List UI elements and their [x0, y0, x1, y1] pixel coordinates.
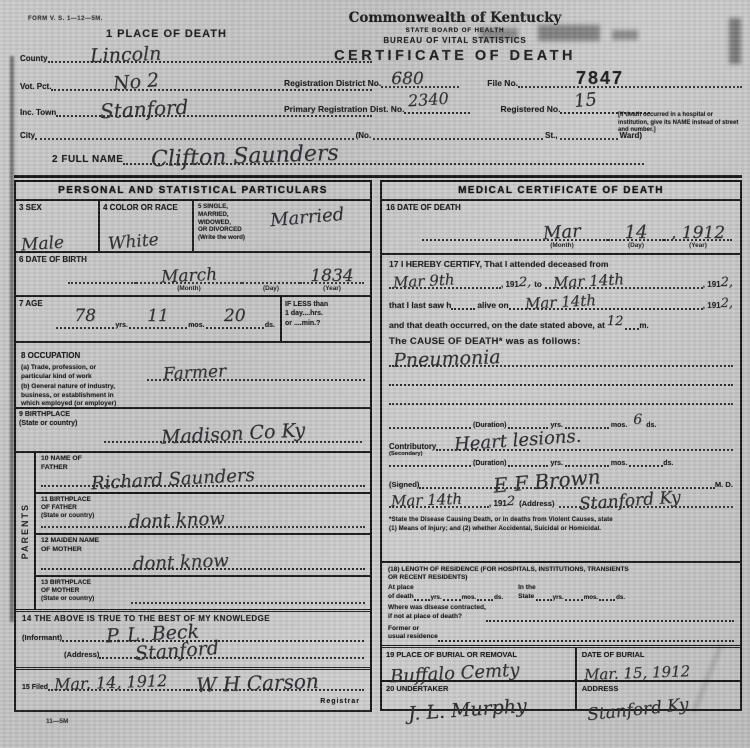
- dotted-line: [443, 594, 461, 601]
- primary-reg-value: 2340: [408, 91, 450, 110]
- day-sublabel: (Day): [628, 242, 644, 249]
- undertaker-signature: J. L. Murphy: [407, 697, 527, 724]
- scan-artifact: [612, 30, 638, 40]
- filed-date-value: Mar. 14, 1912: [54, 673, 168, 693]
- attended-from-year-digit: 2,: [519, 276, 531, 289]
- attended-to-value: Mar 14th: [552, 272, 624, 291]
- dotted-line: [486, 614, 734, 622]
- dod-line: Mar (Month) 14 (Day) , 1912 (Year): [422, 225, 732, 249]
- county-label: County: [20, 54, 48, 63]
- father-name-label: 10 NAME OF FATHER: [41, 455, 82, 473]
- bureau-label: BUREAU OF VITAL STATISTICS: [300, 36, 610, 45]
- cause-footnote: *State the Disease Causing Death, or in …: [389, 516, 733, 533]
- duration-label: (Duration): [473, 460, 506, 467]
- dod-year-value: , 1912: [671, 225, 725, 242]
- dotted-line: [389, 421, 471, 429]
- dotted-line: [625, 322, 639, 330]
- registrar-signature: W H Carson: [196, 671, 319, 695]
- form-number: FORM V. S. 1—12—5M.: [28, 16, 103, 22]
- sex-cell: 3 SEX Male: [16, 201, 100, 251]
- where-contracted-label: Where was disease contracted, if not at …: [388, 604, 486, 621]
- dod-month-segment: Mar (Month): [516, 225, 608, 249]
- dotted-line: Clifton Saunders: [123, 148, 644, 165]
- residence-title: (18) LENGTH OF RESIDENCE (FOR HOSPITALS,…: [388, 566, 734, 582]
- birthplace-row: 9 BIRTHPLACE (State or country) Madison …: [16, 407, 370, 451]
- dotted-line: 7847: [518, 74, 742, 88]
- ds-unit: ds.: [616, 594, 625, 601]
- blank-rule-line: [389, 380, 733, 386]
- dob-month-value: March: [161, 267, 218, 287]
- dotted-line: [422, 225, 516, 249]
- dotted-line: 11: [129, 313, 187, 329]
- dotted-line: [68, 268, 136, 292]
- state-board-label: STATE BOARD OF HEALTH: [300, 27, 610, 34]
- signed-year-digit: 2: [507, 495, 515, 508]
- mother-birthplace-row: 13 BIRTHPLACE OF MOTHER (State or countr…: [36, 577, 370, 609]
- primary-reg-label: Primary Registration Dist. No.: [284, 104, 404, 114]
- death-hour-value: 12: [607, 315, 624, 328]
- yrs-unit: yrs.: [431, 594, 442, 601]
- race-cell: 4 COLOR OR RACE White: [100, 201, 194, 251]
- attended-dates-line: Mar 9th , 191 2, to Mar 14th , 191 2,: [389, 275, 733, 289]
- registration-line: Registration District No. 680 File No. 7…: [284, 74, 742, 88]
- dotted-line: Farmer: [147, 367, 365, 381]
- burial-row: 19 PLACE OF BURIAL OR REMOVAL Buffalo Ce…: [382, 648, 740, 682]
- city-no-label: (No.: [356, 131, 372, 140]
- parents-block: PARENTS 10 NAME OF FATHER Richard Saunde…: [16, 451, 370, 609]
- medical-section-title: MEDICAL CERTIFICATE OF DEATH: [382, 182, 740, 201]
- if-less-note: IF LESS than 1 day....hrs. or ....min.?: [282, 297, 370, 331]
- dotted-line: [560, 128, 618, 140]
- father-name-value: Richard Saunders: [91, 467, 256, 494]
- mos-unit: mos.: [611, 422, 627, 429]
- file-no-label: File No.: [487, 78, 518, 88]
- ds-unit: ds.: [663, 460, 673, 467]
- year-prefix: , 191: [501, 280, 519, 289]
- father-name-row: 10 NAME OF FATHER Richard Saunders: [36, 453, 370, 494]
- occupation-a-line: (a) Trade, profession, or particular kin…: [21, 364, 365, 381]
- mother-birthplace-label: 13 BIRTHPLACE OF MOTHER (State or countr…: [41, 579, 94, 603]
- father-birthplace-row: 11 BIRTHPLACE OF FATHER (State or countr…: [36, 494, 370, 535]
- ds-unit: ds.: [265, 322, 275, 329]
- occupation-b-label: (b) General nature of industry, business…: [21, 383, 173, 409]
- residence-durations-line: At place of death yrs. mos. ds. In the S…: [388, 584, 734, 601]
- attended-from-value: Mar 9th: [393, 272, 455, 290]
- age-months-value: 11: [147, 308, 169, 325]
- dod-day-value: 14: [625, 224, 648, 242]
- physician-signature: E F Brown: [493, 466, 602, 495]
- mother-name-label: 12 MAIDEN NAME OF MOTHER: [41, 537, 99, 555]
- last-saw-pre: that I last saw h: [389, 300, 451, 310]
- contributory-label-stack: Contributory (Secondary): [389, 442, 436, 457]
- city-label: City: [20, 131, 35, 140]
- age-label-cell: 7 AGE: [16, 297, 56, 341]
- death-at-pre: and that death occurred, on the date sta…: [389, 320, 605, 330]
- burial-date-label: DATE OF BURIAL: [582, 650, 645, 659]
- last-saw-date-value: Mar 14th: [524, 293, 596, 312]
- undertaker-address-cell: ADDRESS Stanford Ky: [577, 682, 740, 711]
- county-value: Lincoln: [89, 45, 161, 66]
- cause-duration-days-value: 6: [633, 413, 642, 427]
- mos-unit: mos.: [188, 322, 204, 329]
- undertaker-address-label: ADDRESS: [582, 684, 619, 693]
- undertaker-row: 20 UNDERTAKER J. L. Murphy ADDRESS Stanf…: [382, 682, 740, 711]
- dotted-line: [389, 459, 471, 467]
- medical-section: MEDICAL CERTIFICATE OF DEATH 16 DATE OF …: [380, 180, 742, 711]
- full-name-label: 2 FULL NAME: [52, 154, 123, 165]
- mos-unit: mos.: [611, 460, 627, 467]
- death-certificate-scan: FORM V. S. 1—12—5M. 1 PLACE OF DEATH Cou…: [0, 0, 750, 748]
- filed-line: 15 Filed Mar. 14, 1912 W H Carson: [22, 676, 364, 691]
- dotted-line: Mar 14th: [509, 296, 703, 310]
- sex-label: 3 SEX: [19, 203, 42, 212]
- yrs-unit: yrs.: [550, 460, 562, 467]
- vot-pct-value: No 2: [113, 71, 161, 94]
- dotted-line: W H Carson: [188, 676, 364, 691]
- cause-of-death-value: Pneumonia: [393, 348, 501, 371]
- birthplace-label: 9 BIRTHPLACE (State or country): [19, 411, 77, 429]
- dotted-line: [451, 300, 475, 310]
- occupation-label: 8 OCCUPATION: [21, 351, 80, 360]
- dotted-line: [131, 594, 365, 604]
- dob-year-value: 1834: [310, 268, 353, 285]
- md-label: M. D.: [715, 480, 733, 489]
- death-at-post: m.: [639, 321, 648, 330]
- undertaker-label: 20 UNDERTAKER: [386, 684, 448, 693]
- dotted-line: Madison Co Ky: [104, 427, 362, 443]
- marital-label: 5 SINGLE, MARRIED, WIDOWED, OR DIVORCED …: [198, 203, 245, 242]
- masthead: Commonwealth of Kentucky STATE BOARD OF …: [300, 10, 610, 64]
- dod-month-value: Mar: [543, 223, 582, 244]
- filed-row: 15 Filed Mar. 14, 1912 W H Carson Regist…: [16, 667, 370, 707]
- dob-line: March (Month) (Day) 1834 (Year): [68, 268, 364, 292]
- occupation-a-label: (a) Trade, profession, or particular kin…: [21, 364, 147, 381]
- signed-date-line: Mar 14th , 191 2 (Address) Stanford Ky: [389, 493, 733, 508]
- registrar-label: Registrar: [320, 698, 360, 705]
- dotted-line: [438, 634, 734, 642]
- certify-line: 17 I HEREBY CERTIFY, That I attended dec…: [389, 259, 733, 269]
- yrs-unit: yrs.: [115, 322, 127, 329]
- dob-day-segment: (Day): [242, 268, 300, 292]
- certification-block: 17 I HEREBY CERTIFY, That I attended dec…: [382, 253, 740, 561]
- cause-line: Pneumonia: [389, 349, 733, 367]
- year-sublabel: (Year): [323, 285, 341, 292]
- dotted-line: Richard Saunders: [41, 473, 365, 487]
- burial-place-cell: 19 PLACE OF BURIAL OR REMOVAL Buffalo Ce…: [382, 648, 577, 680]
- filed-label: 15 Filed: [22, 684, 48, 691]
- in-state-label: In the State: [518, 584, 536, 601]
- dotted-line: 2340: [404, 100, 470, 114]
- age-row: 7 AGE 78 yrs. 11 mos. 20 ds. IF LESS tha…: [16, 295, 370, 341]
- parents-rows: 10 NAME OF FATHER Richard Saunders 11 BI…: [36, 453, 370, 609]
- dotted-line: Mar. 14, 1912: [48, 676, 188, 691]
- dotted-line: Stanford: [99, 645, 364, 659]
- scan-artifact: [729, 18, 741, 64]
- last-saw-year-digit: 2,: [721, 297, 733, 310]
- certificate-title: CERTIFICATE OF DEATH: [300, 48, 610, 64]
- informant-address-value: Stanford: [135, 639, 220, 664]
- reg-district-value: 680: [391, 71, 423, 88]
- personal-section-title: PERSONAL AND STATISTICAL PARTICULARS: [16, 182, 370, 201]
- year-sublabel: (Year): [689, 242, 707, 249]
- informant-label: (Informant): [22, 633, 62, 642]
- day-sublabel: (Day): [263, 285, 279, 292]
- dod-day-segment: 14 (Day): [608, 225, 664, 249]
- age-days-value: 20: [224, 308, 246, 325]
- city-line: City (No. St., Ward): [20, 128, 642, 140]
- birthplace-line: Madison Co Ky: [104, 427, 362, 443]
- birthplace-value: Madison Co Ky: [160, 421, 305, 448]
- commonwealth-title: Commonwealth of Kentucky: [300, 10, 610, 26]
- dotted-line: 20: [206, 313, 264, 329]
- residence-block: (18) LENGTH OF RESIDENCE (FOR HOSPITALS,…: [382, 561, 740, 645]
- undertaker-cell: 20 UNDERTAKER J. L. Murphy: [382, 682, 577, 711]
- occupation-b-line: (b) General nature of industry, business…: [21, 383, 365, 409]
- dotted-line: [389, 380, 733, 386]
- date-of-death-row: 16 DATE OF DEATH Mar (Month) 14 (Day) , …: [382, 201, 740, 253]
- undertaker-address-value: Stanford Ky: [586, 697, 689, 725]
- former-residence-line: Former or usual residence: [388, 625, 734, 642]
- parents-label: PARENTS: [20, 503, 30, 559]
- year-prefix: , 191: [703, 280, 721, 289]
- former-residence-label: Former or usual residence: [388, 625, 438, 642]
- city-st-label: St.,: [545, 131, 557, 140]
- dotted-line: Mar 9th: [389, 275, 501, 289]
- full-name-value: Clifton Saunders: [151, 143, 339, 172]
- age-label: 7 AGE: [19, 299, 43, 308]
- mos-unit: mos.: [462, 594, 476, 601]
- mos-unit: mos.: [584, 594, 598, 601]
- ds-unit: ds.: [646, 422, 656, 429]
- dob-label: 6 DATE OF BIRTH: [19, 255, 87, 264]
- attended-to-year-digit: 2,: [721, 276, 733, 289]
- signed-line: (Signed) E F Brown M. D.: [389, 472, 733, 489]
- mother-name-value: dont know: [133, 552, 229, 573]
- signed-label: (Signed): [389, 480, 419, 489]
- death-hour-line: and that death occurred, on the date sta…: [389, 317, 733, 330]
- dotted-line: 680: [381, 74, 459, 88]
- contributory-value: Heart lesions.: [454, 428, 582, 455]
- registered-no-label: Registered No.: [500, 104, 560, 114]
- parents-strip: PARENTS: [16, 453, 36, 609]
- dotted-line: E F Brown: [419, 472, 714, 489]
- signed-date-value: Mar 14th: [391, 492, 462, 509]
- date-of-birth-row: 6 DATE OF BIRTH March (Month) (Day) 1834…: [16, 251, 370, 295]
- occupation-a-value: Farmer: [163, 363, 227, 383]
- year-prefix: , 191: [489, 499, 507, 508]
- form-footer-number: 11—5M: [46, 718, 68, 725]
- dotted-line: dont know: [41, 514, 365, 528]
- contributory-line: Contributory (Secondary) Heart lesions.: [389, 435, 733, 451]
- dotted-line: Pneumonia: [389, 349, 733, 367]
- personal-section: PERSONAL AND STATISTICAL PARTICULARS 3 S…: [14, 180, 372, 712]
- signed-address-value: Stanford Ky: [578, 489, 681, 513]
- burial-date-cell: DATE OF BURIAL Mar. 15, 1912: [577, 648, 740, 680]
- at-place-label: At place of death: [388, 584, 414, 601]
- dob-month-segment: March (Month): [136, 268, 242, 292]
- race-value: White: [107, 232, 159, 253]
- secondary-label: (Secondary): [389, 451, 436, 457]
- burial-block: 19 PLACE OF BURIAL OR REMOVAL Buffalo Ce…: [382, 645, 740, 711]
- vot-pct-label: Vot. Pct.: [20, 82, 51, 91]
- section-divider: [14, 175, 742, 178]
- dotted-line: Mar 14th: [389, 494, 489, 508]
- where-contracted-line: Where was disease contracted, if not at …: [388, 604, 734, 621]
- dotted-line: Mar 14th: [545, 275, 703, 289]
- demographics-row: 3 SEX Male 4 COLOR OR RACE White 5 SINGL…: [16, 201, 370, 251]
- dotted-line: [35, 128, 353, 140]
- age-values-line: 78 yrs. 11 mos. 20 ds.: [56, 297, 280, 341]
- dotted-line: [414, 594, 430, 601]
- dotted-line: Heart lesions.: [436, 435, 733, 451]
- full-name-line: 2 FULL NAME Clifton Saunders: [52, 148, 644, 165]
- last-saw-post: alive on: [477, 300, 508, 310]
- race-label: 4 COLOR OR RACE: [103, 203, 178, 212]
- year-prefix: , 191: [703, 301, 721, 310]
- mother-name-row: 12 MAIDEN NAME OF MOTHER dont know: [36, 535, 370, 577]
- last-saw-line: that I last saw h alive on Mar 14th , 19…: [389, 296, 733, 310]
- file-no-value: 7847: [576, 68, 624, 89]
- hospital-note: [If death occurred in a hospital or inst…: [618, 112, 740, 135]
- inc-town-value: Stanford: [100, 97, 189, 122]
- dotted-line: [389, 399, 733, 405]
- place-of-death-section-label: 1 PLACE OF DEATH: [106, 28, 227, 40]
- marital-cell: 5 SINGLE, MARRIED, WIDOWED, OR DIVORCED …: [194, 201, 370, 251]
- signed-address-label: (Address): [519, 499, 554, 508]
- informant-row: 14 THE ABOVE IS TRUE TO THE BEST OF MY K…: [16, 609, 370, 667]
- dotted-line: [373, 128, 543, 140]
- dotted-line: [599, 594, 615, 601]
- if-less-cell: IF LESS than 1 day....hrs. or ....min.?: [280, 297, 370, 341]
- marital-value: Married: [269, 206, 345, 230]
- burial-place-label: 19 PLACE OF BURIAL OR REMOVAL: [386, 650, 517, 659]
- dotted-line: [565, 594, 583, 601]
- yrs-unit: yrs.: [553, 594, 564, 601]
- registered-no-value: 15: [574, 91, 599, 111]
- duration-label: (Duration): [473, 422, 506, 429]
- blank-rule-line: [389, 399, 733, 405]
- dod-label: 16 DATE OF DEATH: [386, 203, 461, 212]
- father-birthplace-value: dont know: [129, 510, 225, 531]
- ds-unit: ds.: [494, 594, 503, 601]
- contributory-label: Contributory: [389, 442, 436, 451]
- burial-date-value: Mar. 15, 1912: [583, 664, 690, 683]
- reg-district-label: Registration District No.: [284, 78, 381, 88]
- dotted-line: [536, 594, 552, 601]
- informant-address-label: (Address): [64, 650, 99, 659]
- age-years-value: 78: [74, 308, 96, 325]
- dotted-line: [477, 594, 493, 601]
- dotted-line: dont know: [41, 556, 365, 570]
- dob-year-segment: 1834 (Year): [300, 268, 364, 292]
- dotted-line: 78: [56, 313, 114, 329]
- dotted-line: [629, 459, 663, 467]
- dotted-line: Stanford Ky: [559, 493, 733, 508]
- dod-year-segment: , 1912 (Year): [664, 225, 732, 249]
- contributory-duration-line: (Duration) yrs. mos. ds.: [389, 459, 733, 467]
- dotted-line: [508, 459, 548, 467]
- cause-of-death-label: The CAUSE OF DEATH* was as follows:: [389, 336, 733, 347]
- to-label: to: [534, 280, 542, 289]
- inc-town-label: Inc. Town: [20, 108, 56, 117]
- occupation-row: 8 OCCUPATION (a) Trade, profession, or p…: [16, 341, 370, 407]
- informant-address-line: (Address) Stanford: [22, 645, 364, 659]
